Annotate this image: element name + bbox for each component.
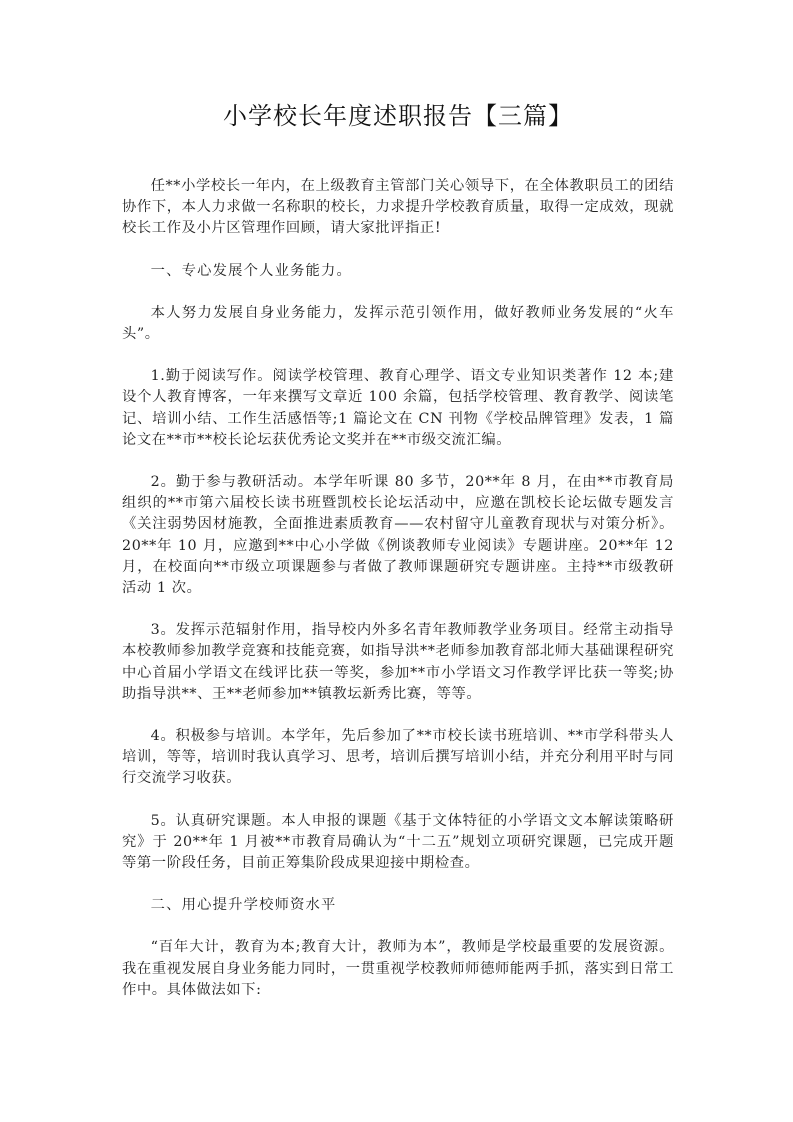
paragraph-section-1-intro: 本人努力发展自身业务能力，发挥示范引领作用，做好教师业务发展的“火车头”。 (122, 303, 674, 345)
paragraph-item-3-mentoring: 3。发挥示范辐射作用，指导校内外多名青年教师教学业务项目。经常主动指导本校教师参… (122, 620, 674, 705)
paragraph-section-2-intro: “百年大计，教育为本;教育大计，教师为本”，教师是学校最重要的发展资源。我在重视… (122, 937, 674, 1001)
paragraph-item-2-teaching-research: 2。勤于参与教研活动。本学年听课 80 多节，20**年 8 月，在由**市教育… (122, 472, 674, 599)
paragraph-item-5-research-topic: 5。认真研究课题。本人申报的课题《基于文体特征的小学语文文本解读策略研究》于 2… (122, 811, 674, 875)
paragraph-item-1-reading-writing: 1.勤于阅读写作。阅读学校管理、教育心理学、语文专业知识类著作 12 本;建设个… (122, 366, 674, 451)
document-body: 任**小学校长一年内，在上级教育主管部门关心领导下，在全体教职员工的团结协作下，… (122, 176, 674, 1022)
paragraph-intro: 任**小学校长一年内，在上级教育主管部门关心领导下，在全体教职员工的团结协作下，… (122, 176, 674, 240)
section-heading-1: 一、专心发展个人业务能力。 (122, 261, 674, 282)
paragraph-item-4-training: 4。积极参与培训。本学年，先后参加了**市校长读书班培训、**市学科带头人培训，… (122, 726, 674, 790)
section-heading-2: 二、用心提升学校师资水平 (122, 895, 674, 916)
document-title: 小学校长年度述职报告【三篇】 (122, 100, 674, 132)
